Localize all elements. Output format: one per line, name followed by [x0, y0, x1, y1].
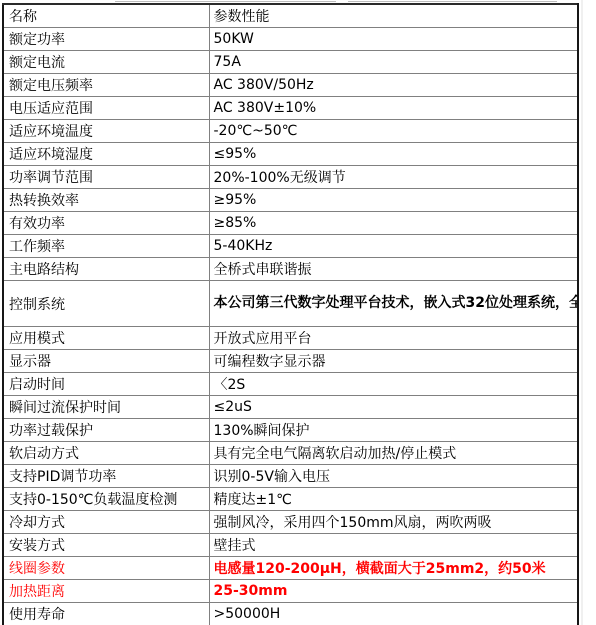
- header-row: 名称 参数性能: [3, 4, 578, 28]
- spec-value-cell: 壁挂式: [209, 534, 578, 557]
- spec-label-cell: 应用模式: [3, 327, 209, 350]
- spec-value-cell: 20%-100%无级调节: [209, 166, 578, 189]
- spec-row: 额定功率50KW: [3, 28, 578, 51]
- spec-value-cell: 识别0-5V输入电压: [209, 465, 578, 488]
- spec-value-cell: ≤2uS: [209, 396, 578, 419]
- spec-value-cell: 具有完全电气隔离软启动加热/停止模式: [209, 442, 578, 465]
- spec-value-cell: ≥95%: [209, 189, 578, 212]
- spec-label-cell: 热转换效率: [3, 189, 209, 212]
- spec-label-cell: 功率过载保护: [3, 419, 209, 442]
- spec-value-cell: 5-40KHz: [209, 235, 578, 258]
- spec-label-cell: 启动时间: [3, 373, 209, 396]
- spec-value-cell: 强制风冷，采用四个150mm风扇，两吹两吸: [209, 511, 578, 534]
- spec-value-cell: 本公司第三代数字处理平台技术，嵌入式32位处理系统，全数字移相PWM调制: [209, 281, 578, 327]
- spec-row: 加热距离25-30mm: [3, 580, 578, 603]
- spec-label-cell: 额定功率: [3, 28, 209, 51]
- header-name-cell: 名称: [3, 4, 209, 28]
- spec-row: 支持PID调节功率识别0-5V输入电压: [3, 465, 578, 488]
- spec-value-cell: 可编程数字显示器: [209, 350, 578, 373]
- spec-row: 热转换效率≥95%: [3, 189, 578, 212]
- spec-row: 瞬间过流保护时间≤2uS: [3, 396, 578, 419]
- spec-row: 线圈参数电感量120-200μH，横截面大于25mm2，约50米: [3, 557, 578, 580]
- spec-value-cell: >50000H: [209, 603, 578, 625]
- spec-label-cell: 线圈参数: [3, 557, 209, 580]
- spec-value-cell: 50KW: [209, 28, 578, 51]
- spec-row: 冷却方式强制风冷，采用四个150mm风扇，两吹两吸: [3, 511, 578, 534]
- spec-row: 启动时间〈2S: [3, 373, 578, 396]
- spec-row: 工作频率5-40KHz: [3, 235, 578, 258]
- spec-row: 控制系统本公司第三代数字处理平台技术，嵌入式32位处理系统，全数字移相PWM调制: [3, 281, 578, 327]
- spec-label-cell: 加热距离: [3, 580, 209, 603]
- spec-row: 电压适应范围AC 380V±10%: [3, 97, 578, 120]
- spec-row: 功率过载保护130%瞬间保护: [3, 419, 578, 442]
- spec-value-cell: 精度达±1℃: [209, 488, 578, 511]
- spec-label-cell: 冷却方式: [3, 511, 209, 534]
- spec-value-cell: 开放式应用平台: [209, 327, 578, 350]
- header-params-cell: 参数性能: [209, 4, 578, 28]
- spec-value-cell: 〈2S: [209, 373, 578, 396]
- spec-row: 安装方式壁挂式: [3, 534, 578, 557]
- spec-label-cell: 工作频率: [3, 235, 209, 258]
- spec-row: 使用寿命>50000H: [3, 603, 578, 625]
- spec-table: 名称 参数性能 额定功率50KW额定电流75A额定电压频率AC 380V/50H…: [2, 3, 579, 625]
- spec-label-cell: 瞬间过流保护时间: [3, 396, 209, 419]
- spec-value-cell: 130%瞬间保护: [209, 419, 578, 442]
- spec-label-cell: 控制系统: [3, 281, 209, 327]
- spec-value-cell: -20℃~50℃: [209, 120, 578, 143]
- spec-row: 应用模式开放式应用平台: [3, 327, 578, 350]
- spec-row: 软启动方式具有完全电气隔离软启动加热/停止模式: [3, 442, 578, 465]
- spec-label-cell: 支持PID调节功率: [3, 465, 209, 488]
- spec-label-cell: 有效功率: [3, 212, 209, 235]
- spec-row: 额定电流75A: [3, 51, 578, 74]
- spec-value-cell: ≥85%: [209, 212, 578, 235]
- spec-value-cell: AC 380V/50Hz: [209, 74, 578, 97]
- cropped-row-remnant-line: [348, 1, 557, 2]
- spec-row: 功率调节范围20%-100%无级调节: [3, 166, 578, 189]
- spec-value-cell: 全桥式串联谐振: [209, 258, 578, 281]
- spec-label-cell: 使用寿命: [3, 603, 209, 625]
- spec-label-cell: 额定电压频率: [3, 74, 209, 97]
- spec-value-cell: 电感量120-200μH，横截面大于25mm2，约50米: [209, 557, 578, 580]
- page-edge-line: [581, 0, 583, 625]
- spec-label-cell: 适应环境湿度: [3, 143, 209, 166]
- spec-row: 额定电压频率AC 380V/50Hz: [3, 74, 578, 97]
- spec-label-cell: 电压适应范围: [3, 97, 209, 120]
- spec-label-cell: 支持0-150℃负载温度检测: [3, 488, 209, 511]
- spec-value-cell: 25-30mm: [209, 580, 578, 603]
- spec-label-cell: 显示器: [3, 350, 209, 373]
- spec-label-cell: 适应环境温度: [3, 120, 209, 143]
- spec-row: 显示器可编程数字显示器: [3, 350, 578, 373]
- spec-row: 适应环境温度-20℃~50℃: [3, 120, 578, 143]
- spec-value-cell: 75A: [209, 51, 578, 74]
- spec-value-cell: AC 380V±10%: [209, 97, 578, 120]
- spec-row: 有效功率≥85%: [3, 212, 578, 235]
- spec-row: 适应环境湿度≤95%: [3, 143, 578, 166]
- spec-row: 支持0-150℃负载温度检测精度达±1℃: [3, 488, 578, 511]
- spec-value-cell: ≤95%: [209, 143, 578, 166]
- spec-label-cell: 功率调节范围: [3, 166, 209, 189]
- spec-row: 主电路结构全桥式串联谐振: [3, 258, 578, 281]
- spec-label-cell: 额定电流: [3, 51, 209, 74]
- spec-table-body: 名称 参数性能 额定功率50KW额定电流75A额定电压频率AC 380V/50H…: [3, 4, 578, 625]
- cropped-row-remnant-line: [115, 1, 336, 2]
- spec-label-cell: 安装方式: [3, 534, 209, 557]
- spec-label-cell: 主电路结构: [3, 258, 209, 281]
- spec-label-cell: 软启动方式: [3, 442, 209, 465]
